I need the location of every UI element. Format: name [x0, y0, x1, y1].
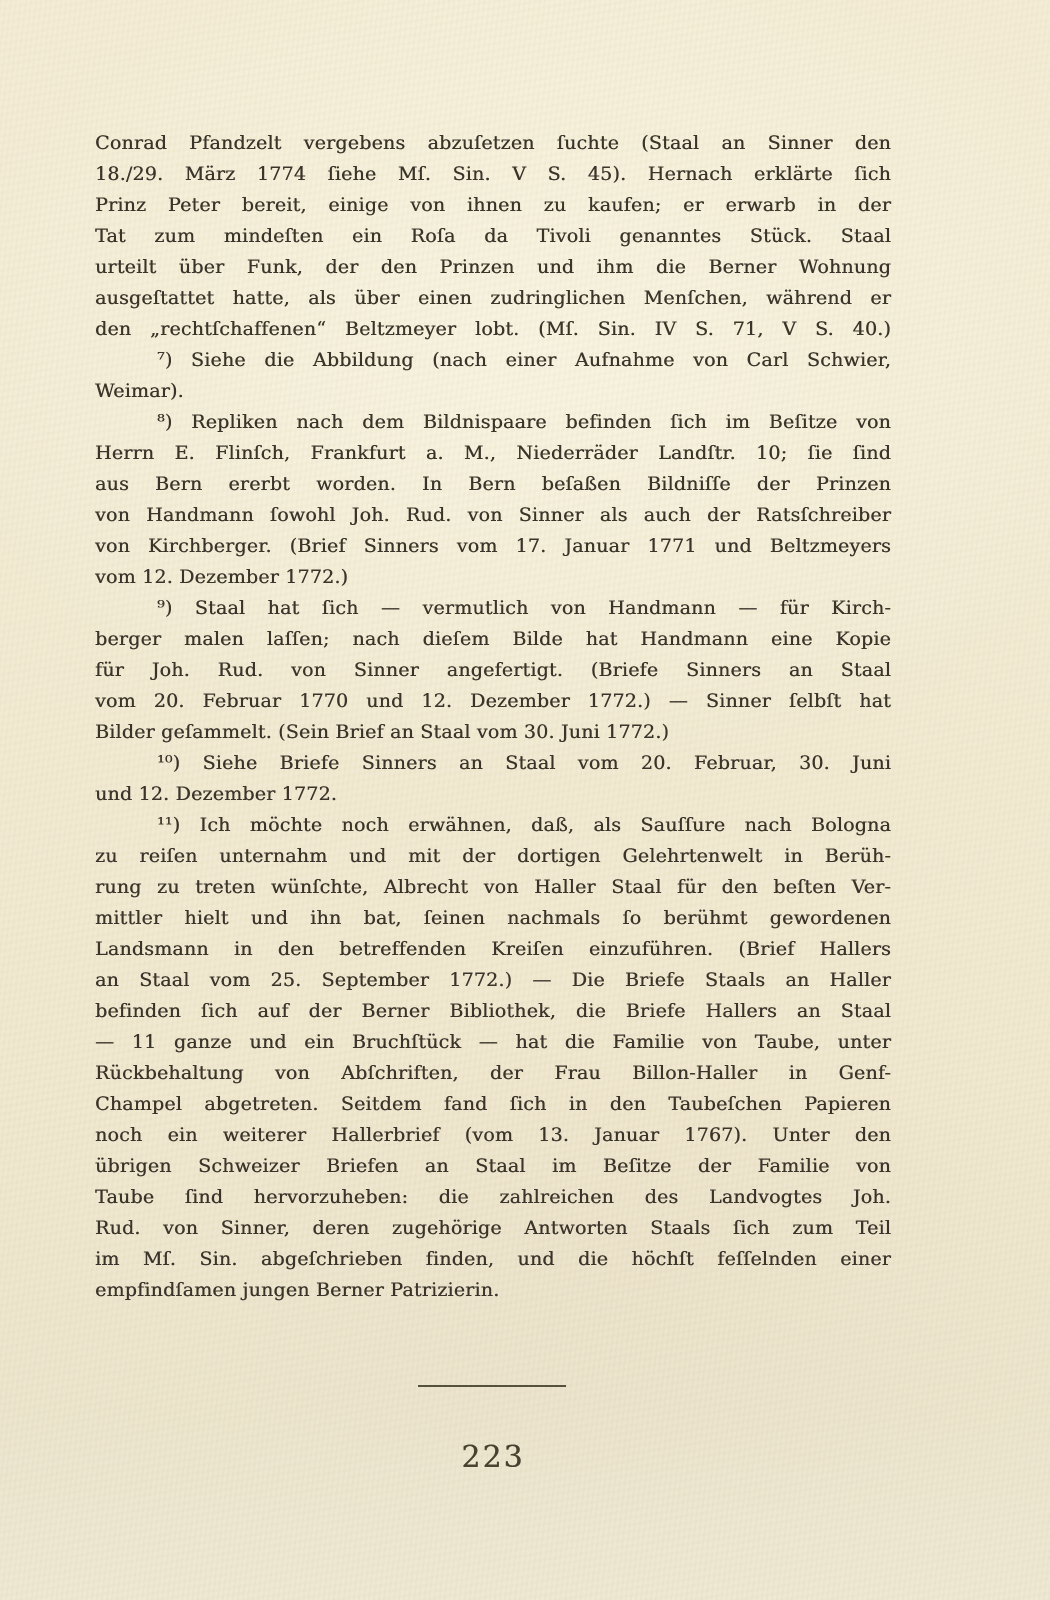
page-number: 223 [95, 1440, 891, 1475]
text-line: Weimar). [95, 376, 891, 407]
footnote-paragraph: ⁷) Siehe die Abbildung (nach einer Aufna… [95, 345, 891, 407]
text-line: noch ein weiterer Hallerbrief (vom 13. J… [95, 1120, 891, 1151]
text-line: Champel abgetreten. Seitdem fand ſich in… [95, 1089, 891, 1120]
text-line: von Handmann ſowohl Joh. Rud. von Sinner… [95, 500, 891, 531]
text-line: Landsmann in den betreffenden Kreiſen ei… [95, 934, 891, 965]
text-line: ⁸) Repliken nach dem Bildnispaare befind… [95, 407, 891, 438]
footnote-paragraph: ¹⁰) Siehe Briefe Sinners an Staal vom 20… [95, 748, 891, 810]
text-line: Rud. von Sinner, deren zugehörige Antwor… [95, 1213, 891, 1244]
text-line: Herrn E. Flinſch, Frankfurt a. M., Niede… [95, 438, 891, 469]
text-line: ¹⁰) Siehe Briefe Sinners an Staal vom 20… [95, 748, 891, 779]
text-line: an Staal vom 25. September 1772.) — Die … [95, 965, 891, 996]
text-line: Bilder geſammelt. (Sein Brief an Staal v… [95, 717, 891, 748]
text-line: Tat zum mindeſten ein Roſa da Tivoli gen… [95, 221, 891, 252]
text-line: ¹¹) Ich möchte noch erwähnen, daß, als S… [95, 810, 891, 841]
text-line: zu reiſen unternahm und mit der dortigen… [95, 841, 891, 872]
text-line: Taube ſind hervorzuheben: die zahlreiche… [95, 1182, 891, 1213]
footnotes-text: Conrad Pfandzelt vergebens abzuſetzen ſu… [95, 128, 891, 1306]
text-line: mittler hielt und ihn bat, ſeinen nachma… [95, 903, 891, 934]
text-line: befinden ſich auf der Berner Bibliothek,… [95, 996, 891, 1027]
text-line: für Joh. Rud. von Sinner angefertigt. (B… [95, 655, 891, 686]
text-line: berger malen laſſen; nach dieſem Bilde h… [95, 624, 891, 655]
text-line: und 12. Dezember 1772. [95, 779, 891, 810]
text-line: den „rechtſchaffenen“ Beltzmeyer lobt. (… [95, 314, 891, 345]
text-line: ⁷) Siehe die Abbildung (nach einer Aufna… [95, 345, 891, 376]
text-line: ausgeſtattet hatte, als über einen zudri… [95, 283, 891, 314]
scanned-book-page: Conrad Pfandzelt vergebens abzuſetzen ſu… [0, 0, 1050, 1600]
text-line: Rückbehaltung von Abſchriften, der Frau … [95, 1058, 891, 1089]
text-line: Conrad Pfandzelt vergebens abzuſetzen ſu… [95, 128, 891, 159]
footnote-paragraph: Conrad Pfandzelt vergebens abzuſetzen ſu… [95, 128, 891, 345]
text-line: vom 20. Februar 1770 und 12. Dezember 17… [95, 686, 891, 717]
footnote-paragraph: ⁸) Repliken nach dem Bildnispaare befind… [95, 407, 891, 593]
text-line: urteilt über Funk, der den Prinzen und i… [95, 252, 891, 283]
footnote-paragraph: ¹¹) Ich möchte noch erwähnen, daß, als S… [95, 810, 891, 1306]
text-line: rung zu treten wünſchte, Albrecht von Ha… [95, 872, 891, 903]
text-line: aus Bern ererbt worden. In Bern beſaßen … [95, 469, 891, 500]
text-line: im Mſ. Sin. abgeſchrieben finden, und di… [95, 1244, 891, 1275]
text-line: übrigen Schweizer Briefen an Staal im Be… [95, 1151, 891, 1182]
footnote-paragraph: ⁹) Staal hat ſich — vermutlich von Handm… [95, 593, 891, 748]
text-line: von Kirchberger. (Brief Sinners vom 17. … [95, 531, 891, 562]
text-line: vom 12. Dezember 1772.) [95, 562, 891, 593]
section-divider-rule [418, 1385, 566, 1387]
text-line: 18./29. März 1774 ſiehe Mſ. Sin. V S. 45… [95, 159, 891, 190]
text-line: ⁹) Staal hat ſich — vermutlich von Handm… [95, 593, 891, 624]
text-line: Prinz Peter bereit, einige von ihnen zu … [95, 190, 891, 221]
text-line: empfindſamen jungen Berner Patrizierin. [95, 1275, 891, 1306]
text-line: — 11 ganze und ein Bruchſtück — hat die … [95, 1027, 891, 1058]
